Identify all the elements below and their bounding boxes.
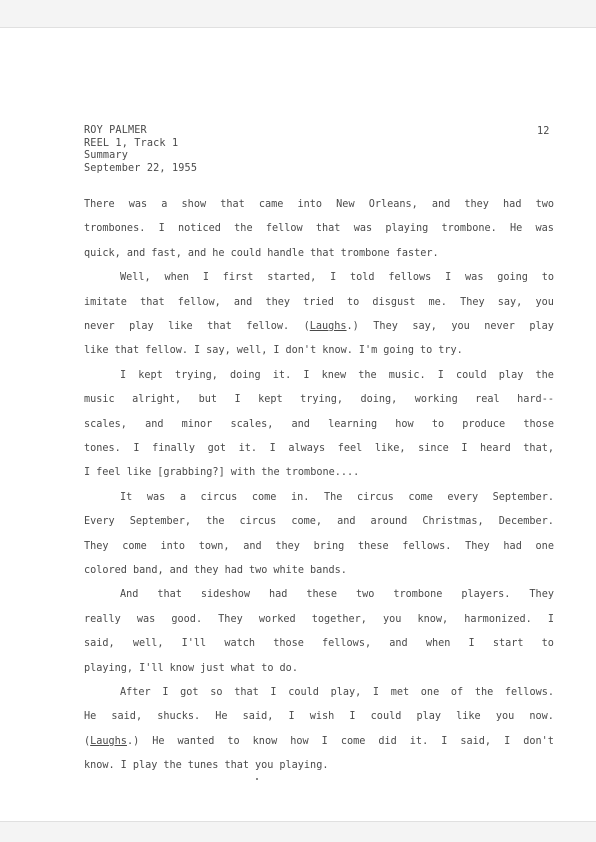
word: feel	[96, 467, 121, 479]
word: come,	[291, 516, 322, 528]
word: to	[542, 272, 554, 284]
word: say,	[498, 297, 523, 309]
word: worked	[259, 614, 296, 626]
word: fellow,	[178, 297, 221, 309]
word: of	[451, 687, 463, 699]
word: They	[529, 589, 554, 601]
word: what	[231, 663, 256, 675]
word: come	[252, 492, 277, 504]
transcript-line: Hesaid,shucks.Hesaid,IwishIcouldplaylike…	[84, 711, 554, 723]
word: produce	[462, 419, 505, 431]
word: really	[84, 614, 121, 626]
word: when	[164, 272, 189, 284]
word: I	[120, 370, 126, 382]
word: come	[408, 492, 433, 504]
word: I	[445, 272, 451, 284]
word: shucks.	[157, 711, 200, 723]
word: you	[383, 614, 401, 626]
word: had	[225, 565, 243, 577]
word: to	[227, 736, 239, 748]
word: It	[120, 492, 132, 504]
word: bands.	[310, 565, 347, 577]
word: these	[358, 541, 389, 553]
word: start	[493, 638, 524, 650]
word: sideshow	[201, 589, 250, 601]
word: show	[182, 199, 207, 211]
word: with	[231, 467, 256, 479]
word: say,	[412, 321, 437, 333]
word: [grabbing?]	[157, 467, 224, 479]
word: the	[234, 223, 252, 235]
word: into	[298, 199, 323, 211]
word: like	[127, 467, 152, 479]
word: They	[460, 297, 485, 309]
word: disgust	[372, 297, 415, 309]
word: Well,	[120, 272, 151, 284]
word: He	[215, 711, 227, 723]
word: and	[243, 541, 261, 553]
word: I	[373, 687, 379, 699]
interviewee-name: ROY PALMER	[84, 125, 197, 138]
word: that	[224, 760, 249, 772]
word: heard	[480, 443, 511, 455]
word: they	[464, 199, 489, 211]
page-number: 12	[537, 126, 550, 138]
word: circus	[240, 516, 277, 528]
word: I	[203, 272, 209, 284]
transcript-line: Ifeellike[grabbing?]withthetrombone....	[84, 467, 554, 479]
transcript-line: coloredband,andtheyhadtwowhitebands.	[84, 565, 554, 577]
word: circus	[357, 492, 394, 504]
word: watch	[224, 638, 255, 650]
transcript-line: AfterIgotsothatIcouldplay,Imetoneofthefe…	[84, 687, 554, 699]
word: got	[208, 443, 226, 455]
word: to	[432, 419, 444, 431]
word: know,	[418, 614, 449, 626]
word: fast,	[151, 248, 182, 260]
word: you	[496, 711, 514, 723]
transcript-line: EverySeptember,thecircuscome,andaroundCh…	[84, 516, 554, 528]
word: when	[426, 638, 451, 650]
word: play,	[331, 687, 362, 699]
word: colored	[84, 565, 127, 577]
word: minor	[182, 419, 213, 431]
word: trombone....	[286, 467, 360, 479]
transcript-line: Theycomeintotown,andtheybringthesefellow…	[84, 541, 554, 553]
transcript-line: Itwasacircuscomein.ThecircuscomeeverySep…	[84, 492, 554, 504]
word: come	[122, 541, 147, 553]
word: two	[536, 199, 554, 211]
word: I	[270, 687, 276, 699]
word: playing.	[279, 760, 328, 772]
word: fellow.	[145, 345, 188, 357]
word: going	[383, 345, 414, 357]
word: in.	[291, 492, 309, 504]
transcript-line: Ikepttrying,doingit.Iknewthemusic.Icould…	[84, 370, 554, 382]
transcript-line: musicalright,butIkepttrying,doing,workin…	[84, 394, 554, 406]
word: bring	[314, 541, 345, 553]
word: and	[292, 419, 310, 431]
word: doing	[230, 370, 261, 382]
word: don't	[523, 736, 554, 748]
word: but	[199, 394, 217, 406]
word: always	[288, 443, 325, 455]
transcript-line: TherewasashowthatcameintoNewOrleans,andt…	[84, 199, 554, 211]
word: was	[465, 272, 483, 284]
word: tunes	[188, 760, 219, 772]
word: New	[336, 199, 354, 211]
word: those	[273, 638, 304, 650]
word: one	[536, 541, 554, 553]
word: to	[261, 663, 273, 675]
word: was	[354, 223, 372, 235]
word: play	[416, 711, 441, 723]
word: scales,	[84, 419, 127, 431]
word: had	[503, 541, 521, 553]
word: And	[120, 589, 138, 601]
word: I	[504, 736, 510, 748]
word: started,	[267, 272, 316, 284]
word: I	[159, 223, 165, 235]
word: I	[330, 272, 336, 284]
word: Christmas,	[422, 516, 483, 528]
word: noticed	[178, 223, 221, 235]
word: I	[273, 345, 279, 357]
word: going	[497, 272, 528, 284]
word: He	[510, 223, 522, 235]
transcript-line: playing,I'llknowjustwhattodo.	[84, 663, 554, 675]
word: know	[170, 663, 195, 675]
word: to	[347, 297, 359, 309]
word: that	[207, 321, 232, 333]
word: good.	[171, 614, 202, 626]
word: trying,	[175, 370, 218, 382]
word: could	[456, 370, 487, 382]
word: trombones.	[84, 223, 145, 235]
word: fellows	[388, 272, 431, 284]
word: the	[261, 467, 279, 479]
word: like	[84, 345, 109, 357]
word: town,	[199, 541, 230, 553]
word: the	[358, 370, 376, 382]
word: doing,	[361, 394, 398, 406]
word: you	[451, 321, 469, 333]
word: into	[161, 541, 186, 553]
word: that	[157, 589, 182, 601]
word: had	[503, 199, 521, 211]
word: play	[529, 321, 554, 333]
word: harmonized.	[464, 614, 531, 626]
word: I	[461, 443, 467, 455]
word: I	[270, 443, 276, 455]
word: fellows.	[402, 541, 451, 553]
word: well,	[133, 638, 164, 650]
word: finally	[152, 443, 195, 455]
word: September,	[130, 516, 191, 528]
word: December.	[499, 516, 554, 528]
word: they	[275, 541, 300, 553]
word: know.	[84, 760, 115, 772]
word: wish	[310, 711, 335, 723]
word: do.	[280, 663, 298, 675]
transcript-line: Well,whenIfirststarted,ItoldfellowsIwasg…	[84, 272, 554, 284]
word: I	[548, 614, 554, 626]
word: these	[306, 589, 337, 601]
word: that	[310, 248, 335, 260]
word: players.	[461, 589, 510, 601]
word: trombone	[393, 589, 442, 601]
word: the	[475, 687, 493, 699]
word: they	[265, 297, 290, 309]
transcript-line: (Laughs.)HewantedtoknowhowIcomedidit.Isa…	[84, 736, 554, 748]
word: how	[395, 419, 413, 431]
word: Orleans,	[369, 199, 418, 211]
word: knew	[322, 370, 347, 382]
word: I	[438, 370, 444, 382]
word: did	[378, 736, 396, 748]
word: the	[206, 516, 224, 528]
word: and	[170, 565, 188, 577]
word: They	[465, 541, 490, 553]
word: try.	[438, 345, 463, 357]
word: trying,	[300, 394, 343, 406]
word: music.	[389, 370, 426, 382]
word: I	[288, 711, 294, 723]
word: the	[163, 760, 181, 772]
word: since	[418, 443, 449, 455]
word: could	[288, 687, 319, 699]
word: I	[322, 736, 328, 748]
word: that	[220, 199, 245, 211]
word: you	[535, 297, 553, 309]
word: those	[523, 419, 554, 431]
word: fellow	[266, 223, 303, 235]
transcript-line: quick,andfast,andhecouldhandlethattrombo…	[84, 248, 554, 260]
word: There	[84, 199, 115, 211]
word: was	[536, 223, 554, 235]
word: white	[273, 565, 304, 577]
document-page: ROY PALMER REEL 1, Track 1 Summary Septe…	[0, 27, 596, 822]
word: well,	[237, 345, 268, 357]
word: that	[316, 223, 341, 235]
word: I	[133, 443, 139, 455]
word: got	[180, 687, 198, 699]
word: They	[218, 614, 243, 626]
word: I	[303, 370, 309, 382]
word: tried	[303, 297, 334, 309]
word: just	[200, 663, 225, 675]
word: fellows.	[505, 687, 554, 699]
transcript-line: neverplaylikethatfellow.(Laughs.)Theysay…	[84, 321, 554, 333]
word: wanted	[178, 736, 215, 748]
word: the	[535, 370, 553, 382]
word: came	[259, 199, 284, 211]
word: alright,	[132, 394, 181, 406]
word: first	[223, 272, 254, 284]
word: was	[129, 199, 147, 211]
word: never	[484, 321, 515, 333]
word: imitate	[84, 297, 127, 309]
word: play	[499, 370, 524, 382]
document-type: Summary	[84, 150, 197, 163]
word: I	[469, 638, 475, 650]
word: that,	[523, 443, 554, 455]
word: trombone	[341, 248, 390, 260]
word: He	[84, 711, 96, 723]
word: He	[152, 736, 164, 748]
transcript-line: know.Iplaythetunesthatyouplaying.	[84, 760, 554, 772]
word: could	[371, 711, 402, 723]
word: fellows,	[322, 638, 371, 650]
word: me.	[429, 297, 447, 309]
transcript-line: Andthatsideshowhadthesetwotromboneplayer…	[84, 589, 554, 601]
word: know.	[322, 345, 353, 357]
word: I'm	[359, 345, 377, 357]
transcript-line: trombones.Inoticedthefellowthatwasplayin…	[84, 223, 554, 235]
transcript-line: reallywasgood.Theyworkedtogether,youknow…	[84, 614, 554, 626]
word: fellow.	[246, 321, 289, 333]
word: two	[356, 589, 374, 601]
word: a	[161, 199, 167, 211]
word: was	[147, 492, 165, 504]
word: real	[475, 394, 500, 406]
word: and	[145, 419, 163, 431]
word: hard--	[517, 394, 554, 406]
word: circus	[201, 492, 238, 504]
word: and	[127, 248, 145, 260]
word: kept	[138, 370, 163, 382]
word: The	[324, 492, 342, 504]
word: how	[290, 736, 308, 748]
document-viewer: ROY PALMER REEL 1, Track 1 Summary Septe…	[0, 0, 596, 842]
transcript-line: tones.Ifinallygotit.Ialwaysfeellike,sinc…	[84, 443, 554, 455]
word: never	[84, 321, 115, 333]
word: I'll	[182, 638, 207, 650]
word: met	[391, 687, 409, 699]
word: and	[188, 248, 206, 260]
word: trombone.	[442, 223, 497, 235]
word: They	[84, 541, 109, 553]
stray-mark	[256, 778, 258, 780]
word: together,	[312, 614, 367, 626]
word: They	[373, 321, 398, 333]
transcript-line: said,well,I'llwatchthosefellows,andwhenI…	[84, 638, 554, 650]
word: don't	[286, 345, 317, 357]
word: said,	[111, 711, 142, 723]
word: come	[341, 736, 366, 748]
word: to	[542, 638, 554, 650]
word: that	[234, 687, 259, 699]
word: handle	[267, 248, 304, 260]
word: he	[212, 248, 224, 260]
word: now.	[529, 711, 554, 723]
word: play	[129, 321, 154, 333]
word: told	[350, 272, 375, 284]
word: I	[441, 736, 447, 748]
word: like,	[375, 443, 406, 455]
word: had	[269, 589, 287, 601]
word: could	[231, 248, 262, 260]
word: (Laughs.)	[304, 321, 359, 333]
word: feel	[338, 443, 363, 455]
word: like	[168, 321, 193, 333]
word: it.	[273, 370, 291, 382]
word: said,	[243, 711, 274, 723]
word: band,	[133, 565, 164, 577]
word: you	[255, 760, 273, 772]
reel-track: REEL 1, Track 1	[84, 138, 197, 151]
word: one	[421, 687, 439, 699]
word: After	[120, 687, 151, 699]
word: around	[371, 516, 408, 528]
word: I	[162, 687, 168, 699]
word: Every	[84, 516, 115, 528]
transcript-line: likethatfellow.Isay,well,Idon'tknow.I'mg…	[84, 345, 554, 357]
word: faster.	[396, 248, 439, 260]
word: that	[115, 345, 140, 357]
transcript-header: ROY PALMER REEL 1, Track 1 Summary Septe…	[84, 125, 197, 175]
word: music	[84, 394, 115, 406]
word: I	[194, 345, 200, 357]
word: it.	[239, 443, 257, 455]
word: was	[137, 614, 155, 626]
word: and	[432, 199, 450, 211]
word: play	[133, 760, 158, 772]
word: playing	[385, 223, 428, 235]
word: I	[235, 394, 241, 406]
word: it.	[410, 736, 428, 748]
word: I	[121, 760, 127, 772]
word: scales,	[230, 419, 273, 431]
word: I	[84, 467, 90, 479]
word: (Laughs.)	[84, 736, 139, 748]
word: and	[389, 638, 407, 650]
interview-date: September 22, 1955	[84, 163, 197, 176]
word: they	[194, 565, 219, 577]
word: learning	[328, 419, 377, 431]
word: and	[337, 516, 355, 528]
word: like	[456, 711, 481, 723]
word: that	[140, 297, 165, 309]
transcript-line: scales,andminorscales,andlearninghowtopr…	[84, 419, 554, 431]
word: a	[180, 492, 186, 504]
word: said,	[460, 736, 491, 748]
word: working	[415, 394, 458, 406]
word: I'll	[139, 663, 164, 675]
word: September.	[493, 492, 554, 504]
word: know	[253, 736, 278, 748]
word: to	[420, 345, 432, 357]
word: playing,	[84, 663, 133, 675]
word: so	[210, 687, 222, 699]
transcript-line: imitatethatfellow,andtheytriedtodisgustm…	[84, 297, 554, 309]
word: I	[349, 711, 355, 723]
word: every	[447, 492, 478, 504]
word: tones.	[84, 443, 121, 455]
word: quick,	[84, 248, 121, 260]
word: say,	[206, 345, 231, 357]
word: two	[249, 565, 267, 577]
word: kept	[258, 394, 283, 406]
word: and	[234, 297, 252, 309]
word: said,	[84, 638, 115, 650]
